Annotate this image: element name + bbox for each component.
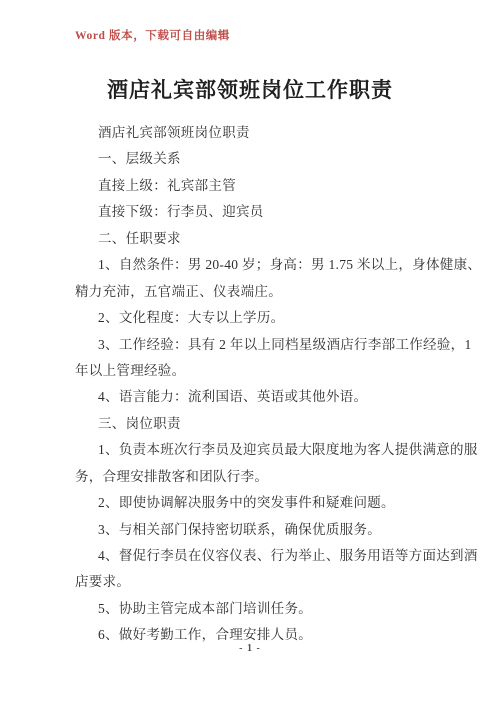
text-line: 5、协助主管完成本部门培训任务。 (75, 596, 435, 622)
text-line: 年以上管理经验。 (75, 358, 435, 384)
text-line: 店要求。 (75, 569, 435, 595)
text-line: 酒店礼宾部领班岗位职责 (75, 120, 435, 146)
text-line: 三、岗位职责 (75, 411, 435, 437)
text-line: 1、自然条件：男 20-40 岁；身高：男 1.75 米以上，身体健康、 (75, 252, 435, 278)
page-number: - 1 - (0, 642, 500, 656)
text-line: 3、与相关部门保持密切联系，确保优质服务。 (75, 517, 435, 543)
text-line: 二、任职要求 (75, 226, 435, 252)
text-line: 4、督促行李员在仪容仪表、行为举止、服务用语等方面达到酒 (75, 543, 435, 569)
text-line: 3、工作经验：具有 2 年以上同档星级酒店行李部工作经验，1 (75, 332, 435, 358)
text-line: 一、层级关系 (75, 146, 435, 172)
text-line: 精力充沛，五官端正、仪表端庄。 (75, 279, 435, 305)
text-line: 2、即使协调解决服务中的突发事件和疑难问题。 (75, 490, 435, 516)
text-line: 务，合理安排散客和团队行李。 (75, 464, 435, 490)
text-line: 2、文化程度：大专以上学历。 (75, 305, 435, 331)
document-body: 酒店礼宾部领班岗位职责一、层级关系直接上级：礼宾部主管直接下级：行李员、迎宾员二… (75, 120, 435, 649)
document-page: Word 版本，下载可自由编辑 酒店礼宾部领班岗位工作职责 酒店礼宾部领班岗位职… (0, 0, 500, 707)
text-line: 4、语言能力：流利国语、英语或其他外语。 (75, 384, 435, 410)
text-line: 1、负责本班次行李员及迎宾员最大限度地为客人提供满意的服 (75, 437, 435, 463)
watermark-note: Word 版本，下载可自由编辑 (75, 29, 230, 44)
text-line: 直接上级：礼宾部主管 (75, 173, 435, 199)
text-line: 直接下级：行李员、迎宾员 (75, 199, 435, 225)
document-title: 酒店礼宾部领班岗位工作职责 (0, 76, 500, 104)
